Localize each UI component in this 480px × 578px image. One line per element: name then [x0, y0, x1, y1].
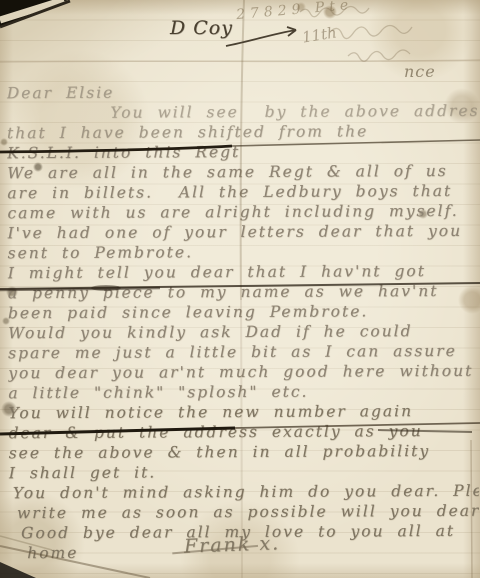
letter-line: You will see by the above address	[7, 101, 477, 123]
letter-line: that I have been shifted from the	[7, 121, 477, 143]
letter-line: Would you kindly ask Dad if he could	[8, 321, 478, 343]
company-label: D Coy	[170, 17, 233, 39]
letter-line: write me as soon as possible will you de…	[9, 501, 479, 523]
letter-line: sent to Pembrote.	[8, 241, 478, 263]
signature: Frank x.	[184, 532, 281, 557]
letter-line: You will notice the new number again	[8, 401, 478, 423]
letter-line: You don't mind asking him do you dear. P…	[9, 481, 479, 503]
letter-line: been paid since leaving Pembrote.	[8, 301, 478, 323]
letter-line: see the above & then in all probability	[9, 441, 479, 463]
letter-line: came with us are alright including mysel…	[7, 201, 477, 223]
letter-photo: 27829 Pte D Coy 11th nce Dear Elsie You …	[0, 0, 480, 578]
letter-line: I shall get it.	[9, 461, 479, 483]
letter-line: We are all in the same Regt & all of us	[7, 161, 477, 183]
letter-line: I might tell you dear that I hav'nt got	[8, 261, 478, 283]
letter-line: a little "chink" "splosh" etc.	[8, 381, 478, 403]
place-fragment: nce	[404, 62, 436, 81]
letter-line: dear & put the address exactly as you	[9, 421, 479, 443]
letter-line: are in billets. All the Ledbury boys tha…	[7, 181, 477, 203]
letter-line: I've had one of your letters dear that y…	[7, 221, 477, 243]
letter-line: spare me just a little bit as I can assu…	[8, 341, 478, 363]
letter-line: K.S.L.I. into this Regt	[7, 141, 477, 163]
letter-line: a penny piece to my name as we hav'nt	[8, 281, 478, 303]
letter-line: Dear Elsie	[7, 81, 477, 103]
letter-body: Dear Elsie You will see by the above add…	[7, 81, 480, 569]
letter-line: you dear you ar'nt much good here withou…	[8, 361, 478, 383]
signature-kiss: x.	[259, 532, 281, 555]
